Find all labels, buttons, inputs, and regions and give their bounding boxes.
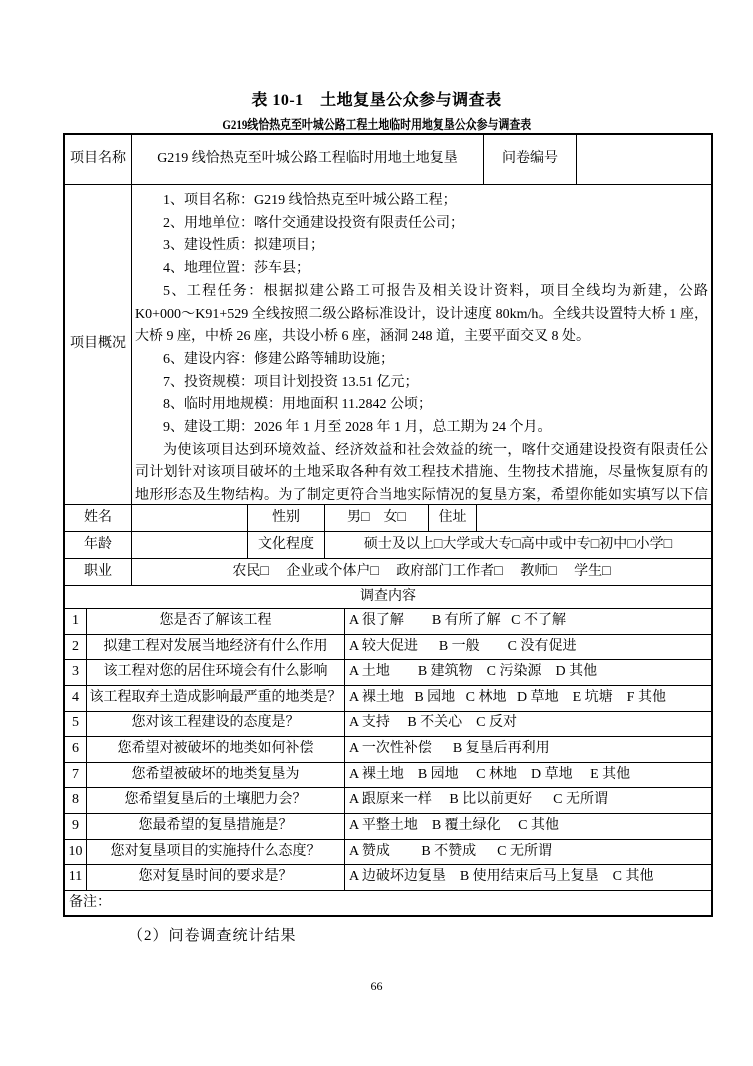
age-label: 年龄 — [65, 532, 132, 558]
question-text: 您希望被破坏的地类复垦为 — [87, 763, 345, 788]
question-options[interactable]: A 裸土地 B 园地 C 林地 D 草地 E 坑塘 F 其他 — [345, 686, 711, 711]
remark-input[interactable]: 备注： — [65, 891, 711, 915]
doc-subtitle-text: G219线恰热克至叶城公路工程土地临时用地复垦公众参与调查表 — [222, 114, 531, 133]
overview-item: 7、投资规模：项目计划投资 13.51 亿元； — [135, 372, 708, 395]
overview-item: 5、工程任务：根据拟建公路工可报告及相关设计资料，项目全线均为新建，公路 K0+… — [135, 281, 708, 349]
question-number: 5 — [65, 712, 87, 737]
age-input[interactable] — [132, 532, 248, 558]
question-row: 10 您对复垦项目的实施持什么态度？ A 赞成 B 不赞成 C 无所谓 — [65, 840, 711, 866]
question-number: 6 — [65, 737, 87, 762]
survey-header: 调查内容 — [65, 586, 711, 608]
question-row: 7 您希望被破坏的地类复垦为 A 裸土地 B 园地 C 林地 D 草地 E 其他 — [65, 763, 711, 789]
remark-row: 备注： — [65, 891, 711, 915]
question-row: 9 您最希望的复垦措施是？ A 平整土地 B 覆土绿化 C 其他 — [65, 814, 711, 840]
gender-checkboxes[interactable]: 男□ 女□ — [325, 505, 429, 531]
page-number: 66 — [0, 979, 753, 994]
question-number: 8 — [65, 788, 87, 813]
question-number: 2 — [65, 635, 87, 660]
question-row: 5 您对该工程建设的态度是？ A 支持 B 不关心 C 反对 — [65, 712, 711, 738]
gender-label: 性别 — [248, 505, 325, 531]
question-number: 1 — [65, 609, 87, 634]
doc-title: 表 10-1 土地复垦公众参与调查表 — [0, 87, 753, 110]
question-row: 8 您希望复垦后的土壤肥力会？ A 跟原来一样 B 比以前更好 C 无所谓 — [65, 788, 711, 814]
overview-item: 1、项目名称：G219 线恰热克至叶城公路工程； — [135, 190, 708, 213]
overview-item: 3、建设性质：拟建项目； — [135, 235, 708, 258]
occupation-label: 职业 — [65, 559, 132, 585]
question-text: 您对复垦时间的要求是？ — [87, 865, 345, 890]
question-text: 该工程取弃土造成影响最严重的地类是？ — [87, 686, 345, 711]
project-name-value: G219 线恰热克至叶城公路工程临时用地土地复垦 — [132, 135, 484, 184]
name-row: 姓名 性别 男□ 女□ 住址 — [65, 505, 711, 532]
question-row: 2 拟建工程对发展当地经济有什么作用 A 较大促进 B 一般 C 没有促进 — [65, 635, 711, 661]
questionnaire-no-input[interactable] — [577, 135, 711, 184]
name-label: 姓名 — [65, 505, 132, 531]
overview-item: 6、建设内容：修建公路等辅助设施； — [135, 349, 708, 372]
education-checkboxes[interactable]: 硕士及以上□大学或大专□高中或中专□初中□小学□ — [325, 532, 711, 558]
section-heading: （2）问卷调查统计结果 — [128, 924, 297, 945]
question-number: 3 — [65, 660, 87, 685]
survey-header-row: 调查内容 — [65, 586, 711, 609]
overview-label: 项目概况 — [65, 185, 132, 504]
question-row: 6 您希望对被破坏的地类如何补偿 A 一次性补偿 B 复垦后再利用 — [65, 737, 711, 763]
question-options[interactable]: A 平整土地 B 覆土绿化 C 其他 — [345, 814, 711, 839]
occupation-row: 职业 农民□ 企业或个体户□ 政府部门工作者□ 教师□ 学生□ — [65, 559, 711, 586]
question-number: 4 — [65, 686, 87, 711]
education-label: 文化程度 — [248, 532, 325, 558]
question-number: 9 — [65, 814, 87, 839]
address-input[interactable] — [477, 505, 711, 531]
question-options[interactable]: A 一次性补偿 B 复垦后再利用 — [345, 737, 711, 762]
question-text: 您最希望的复垦措施是？ — [87, 814, 345, 839]
questionnaire-no-label: 问卷编号 — [484, 135, 577, 184]
occupation-checkboxes[interactable]: 农民□ 企业或个体户□ 政府部门工作者□ 教师□ 学生□ — [132, 559, 711, 585]
overview-row: 项目概况 1、项目名称：G219 线恰热克至叶城公路工程； 2、用地单位：喀什交… — [65, 185, 711, 505]
project-name-row: 项目名称 G219 线恰热克至叶城公路工程临时用地土地复垦 问卷编号 — [65, 135, 711, 185]
question-row: 3 该工程对您的居住环境会有什么影响 A 土地 B 建筑物 C 污染源 D 其他 — [65, 660, 711, 686]
project-name-label: 项目名称 — [65, 135, 132, 184]
overview-item: 9、建设工期：2026 年 1 月至 2028 年 1 月，总工期为 24 个月… — [135, 417, 708, 440]
question-options[interactable]: A 支持 B 不关心 C 反对 — [345, 712, 711, 737]
overview-item: 2、用地单位：喀什交通建设投资有限责任公司； — [135, 213, 708, 236]
overview-item: 8、临时用地规模：用地面积 11.2842 公顷； — [135, 394, 708, 417]
question-number: 11 — [65, 865, 87, 890]
question-text: 拟建工程对发展当地经济有什么作用 — [87, 635, 345, 660]
question-number: 7 — [65, 763, 87, 788]
question-options[interactable]: A 赞成 B 不赞成 C 无所谓 — [345, 840, 711, 865]
overview-item: 4、地理位置：莎车县； — [135, 258, 708, 281]
question-options[interactable]: A 土地 B 建筑物 C 污染源 D 其他 — [345, 660, 711, 685]
question-options[interactable]: A 较大促进 B 一般 C 没有促进 — [345, 635, 711, 660]
overview-note: 为使该项目达到环境效益、经济效益和社会效益的统一，喀什交通建设投资有限责任公司计… — [135, 440, 708, 504]
question-text: 您对复垦项目的实施持什么态度？ — [87, 840, 345, 865]
question-options[interactable]: A 很了解 B 有所了解 C 不了解 — [345, 609, 711, 634]
question-text: 该工程对您的居住环境会有什么影响 — [87, 660, 345, 685]
question-row: 1 您是否了解该工程 A 很了解 B 有所了解 C 不了解 — [65, 609, 711, 635]
age-row: 年龄 文化程度 硕士及以上□大学或大专□高中或中专□初中□小学□ — [65, 532, 711, 559]
overview-content: 1、项目名称：G219 线恰热克至叶城公路工程； 2、用地单位：喀什交通建设投资… — [132, 185, 711, 504]
remark-label: 备注： — [69, 895, 111, 912]
question-options[interactable]: A 边破坏边复垦 B 使用结束后马上复垦 C 其他 — [345, 865, 711, 890]
question-text: 您希望复垦后的土壤肥力会？ — [87, 788, 345, 813]
question-options[interactable]: A 跟原来一样 B 比以前更好 C 无所谓 — [345, 788, 711, 813]
question-options[interactable]: A 裸土地 B 园地 C 林地 D 草地 E 其他 — [345, 763, 711, 788]
doc-subtitle: G219线恰热克至叶城公路工程土地临时用地复垦公众参与调查表 — [0, 114, 753, 134]
question-text: 您对该工程建设的态度是？ — [87, 712, 345, 737]
document-page: 表 10-1 土地复垦公众参与调查表 G219线恰热克至叶城公路工程土地临时用地… — [0, 0, 753, 1066]
question-row: 11 您对复垦时间的要求是？ A 边破坏边复垦 B 使用结束后马上复垦 C 其他 — [65, 865, 711, 891]
question-text: 您希望对被破坏的地类如何补偿 — [87, 737, 345, 762]
survey-form-table: 项目名称 G219 线恰热克至叶城公路工程临时用地土地复垦 问卷编号 项目概况 … — [63, 133, 713, 917]
address-label: 住址 — [429, 505, 477, 531]
question-text: 您是否了解该工程 — [87, 609, 345, 634]
question-row: 4 该工程取弃土造成影响最严重的地类是？ A 裸土地 B 园地 C 林地 D 草… — [65, 686, 711, 712]
name-input[interactable] — [132, 505, 248, 531]
question-number: 10 — [65, 840, 87, 865]
